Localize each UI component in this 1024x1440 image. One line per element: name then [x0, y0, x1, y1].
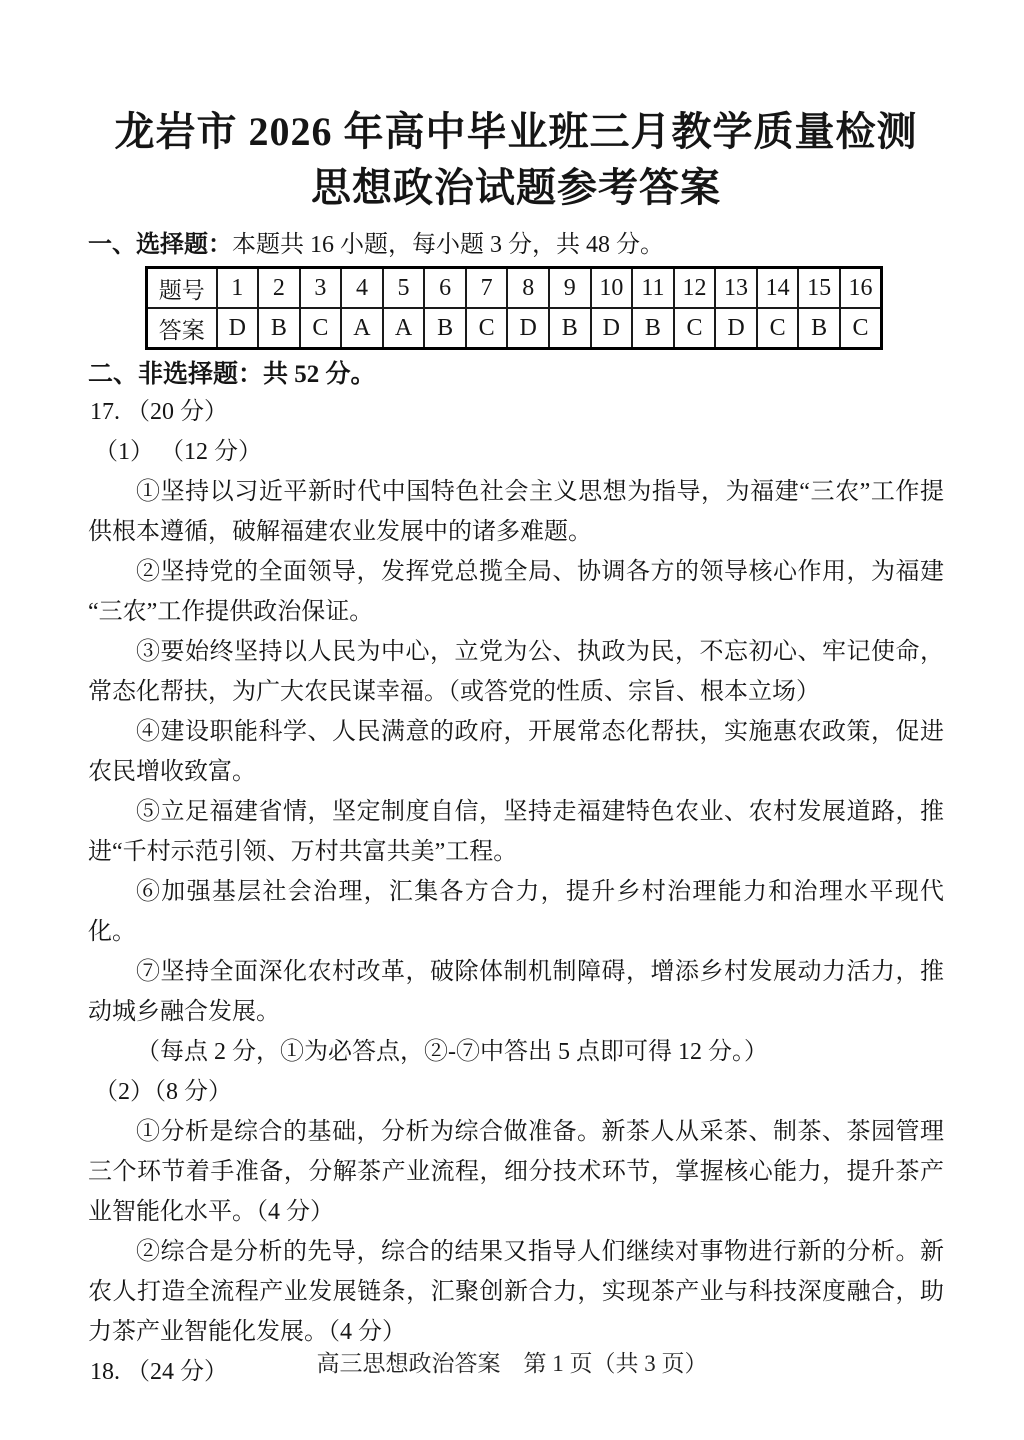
- question-number: 16: [840, 268, 882, 309]
- answer-cell: C: [674, 308, 716, 349]
- question-number: 4: [341, 268, 383, 309]
- table-row-numbers: 题号 1 2 3 4 5 6 7 8 9 10 11 12 13 14 15 1…: [147, 268, 882, 309]
- answer-point-3: ③要始终坚持以人民为中心，立党为公、执政为民，不忘初心、牢记使命，常态化帮扶，为…: [88, 632, 944, 712]
- row-header-numbers: 题号: [147, 268, 217, 309]
- answer-point-6: ⑥加强基层社会治理，汇集各方合力，提升乡村治理能力和治理水平现代化。: [88, 872, 944, 952]
- answer-point-4: ④建设职能科学、人民满意的政府，开展常态化帮扶，实施惠农政策，促进农民增收致富。: [88, 712, 944, 792]
- answer-cell: B: [549, 308, 591, 349]
- question-number: 2: [258, 268, 300, 309]
- answer-point-7: ⑦坚持全面深化农村改革，破除体制机制障碍，增添乡村发展动力活力，推动城乡融合发展…: [88, 952, 944, 1032]
- question-number: 11: [632, 268, 674, 309]
- question-number: 7: [466, 268, 508, 309]
- document-title: 龙岩市 2026 年高中毕业班三月教学质量检测 思想政治试题参考答案: [88, 0, 944, 216]
- question-17-header: 17. （20 分）: [88, 392, 944, 432]
- answer-cell: D: [715, 308, 757, 349]
- question-number: 13: [715, 268, 757, 309]
- answer-cell: C: [840, 308, 882, 349]
- section-heading-non-choice: 二、非选择题：共 52 分。: [88, 358, 944, 392]
- answer-cell: D: [217, 308, 259, 349]
- question-number: 9: [549, 268, 591, 309]
- question-number: 6: [424, 268, 466, 309]
- answer-cell: C: [300, 308, 342, 349]
- question-17-part2-header: （2）（8 分）: [88, 1072, 944, 1112]
- question-number: 15: [798, 268, 840, 309]
- section-choice-label: 一、选择题：: [88, 232, 232, 258]
- answer-cell: C: [757, 308, 799, 349]
- answer-cell: B: [798, 308, 840, 349]
- answer-point-2: ②坚持党的全面领导，发挥党总揽全局、协调各方的领导核心作用，为福建“三农”工作提…: [88, 552, 944, 632]
- answer-cell: B: [632, 308, 674, 349]
- section-heading-choice: 一、选择题：本题共 16 小题，每小题 3 分，共 48 分。: [88, 228, 944, 262]
- answer-table: 题号 1 2 3 4 5 6 7 8 9 10 11 12 13 14 15 1…: [145, 266, 883, 350]
- part2-answer-point-2: ②综合是分析的先导，综合的结果又指导人们继续对事物进行新的分析。新农人打造全流程…: [88, 1232, 944, 1352]
- question-number: 12: [674, 268, 716, 309]
- answer-cell: A: [383, 308, 425, 349]
- answer-cell: A: [341, 308, 383, 349]
- part1-scoring-note: （每点 2 分，①为必答点，②-⑦中答出 5 点即可得 12 分。）: [88, 1032, 944, 1072]
- page-title-line2: 思想政治试题参考答案: [88, 160, 944, 216]
- part2-answer-point-1: ①分析是综合的基础，分析为综合做准备。新茶人从采茶、制茶、茶园管理三个环节着手准…: [88, 1112, 944, 1232]
- answer-cell: D: [507, 308, 549, 349]
- question-17-part1-header: （1） （12 分）: [88, 432, 944, 472]
- table-row-answers: 答案 D B C A A B C D B D B C D C B C: [147, 308, 882, 349]
- section-choice-description: 本题共 16 小题，每小题 3 分，共 48 分。: [232, 232, 664, 258]
- page-title-line1: 龙岩市 2026 年高中毕业班三月教学质量检测: [88, 104, 944, 160]
- answer-cell: D: [591, 308, 633, 349]
- question-number: 8: [507, 268, 549, 309]
- question-number: 14: [757, 268, 799, 309]
- question-number: 3: [300, 268, 342, 309]
- answer-cell: B: [424, 308, 466, 349]
- question-number: 5: [383, 268, 425, 309]
- exam-answer-page: 龙岩市 2026 年高中毕业班三月教学质量检测 思想政治试题参考答案 一、选择题…: [0, 0, 1024, 1440]
- question-number: 1: [217, 268, 259, 309]
- answer-cell: B: [258, 308, 300, 349]
- answer-point-5: ⑤立足福建省情，坚定制度自信，坚持走福建特色农业、农村发展道路，推进“千村示范引…: [88, 792, 944, 872]
- answer-point-1: ①坚持以习近平新时代中国特色社会主义思想为指导，为福建“三农”工作提供根本遵循，…: [88, 472, 944, 552]
- page-footer: 高三思想政治答案 第 1 页（共 3 页）: [0, 1348, 1024, 1380]
- question-number: 10: [591, 268, 633, 309]
- row-header-answers: 答案: [147, 308, 217, 349]
- answer-cell: C: [466, 308, 508, 349]
